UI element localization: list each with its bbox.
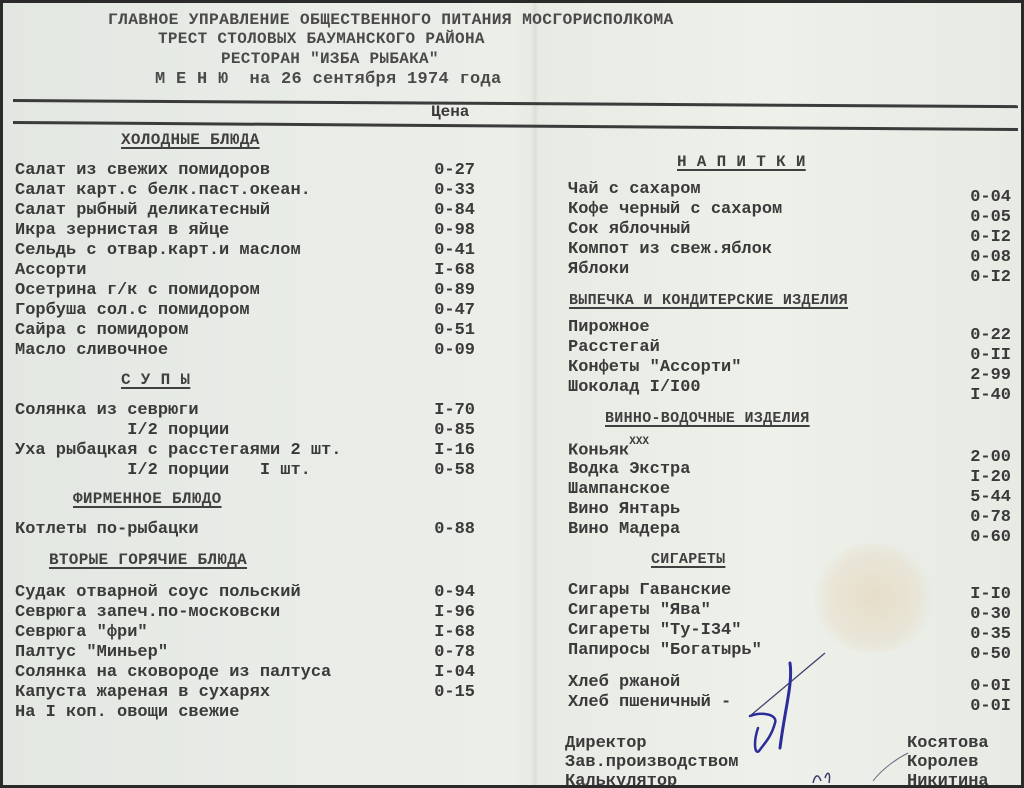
menu-document: ГЛАВНОЕ УПРАВЛЕНИЕ ОБЩЕСТВЕННОГО ПИТАНИЯ… bbox=[3, 3, 1021, 785]
director-signature-icon bbox=[3, 3, 1021, 785]
